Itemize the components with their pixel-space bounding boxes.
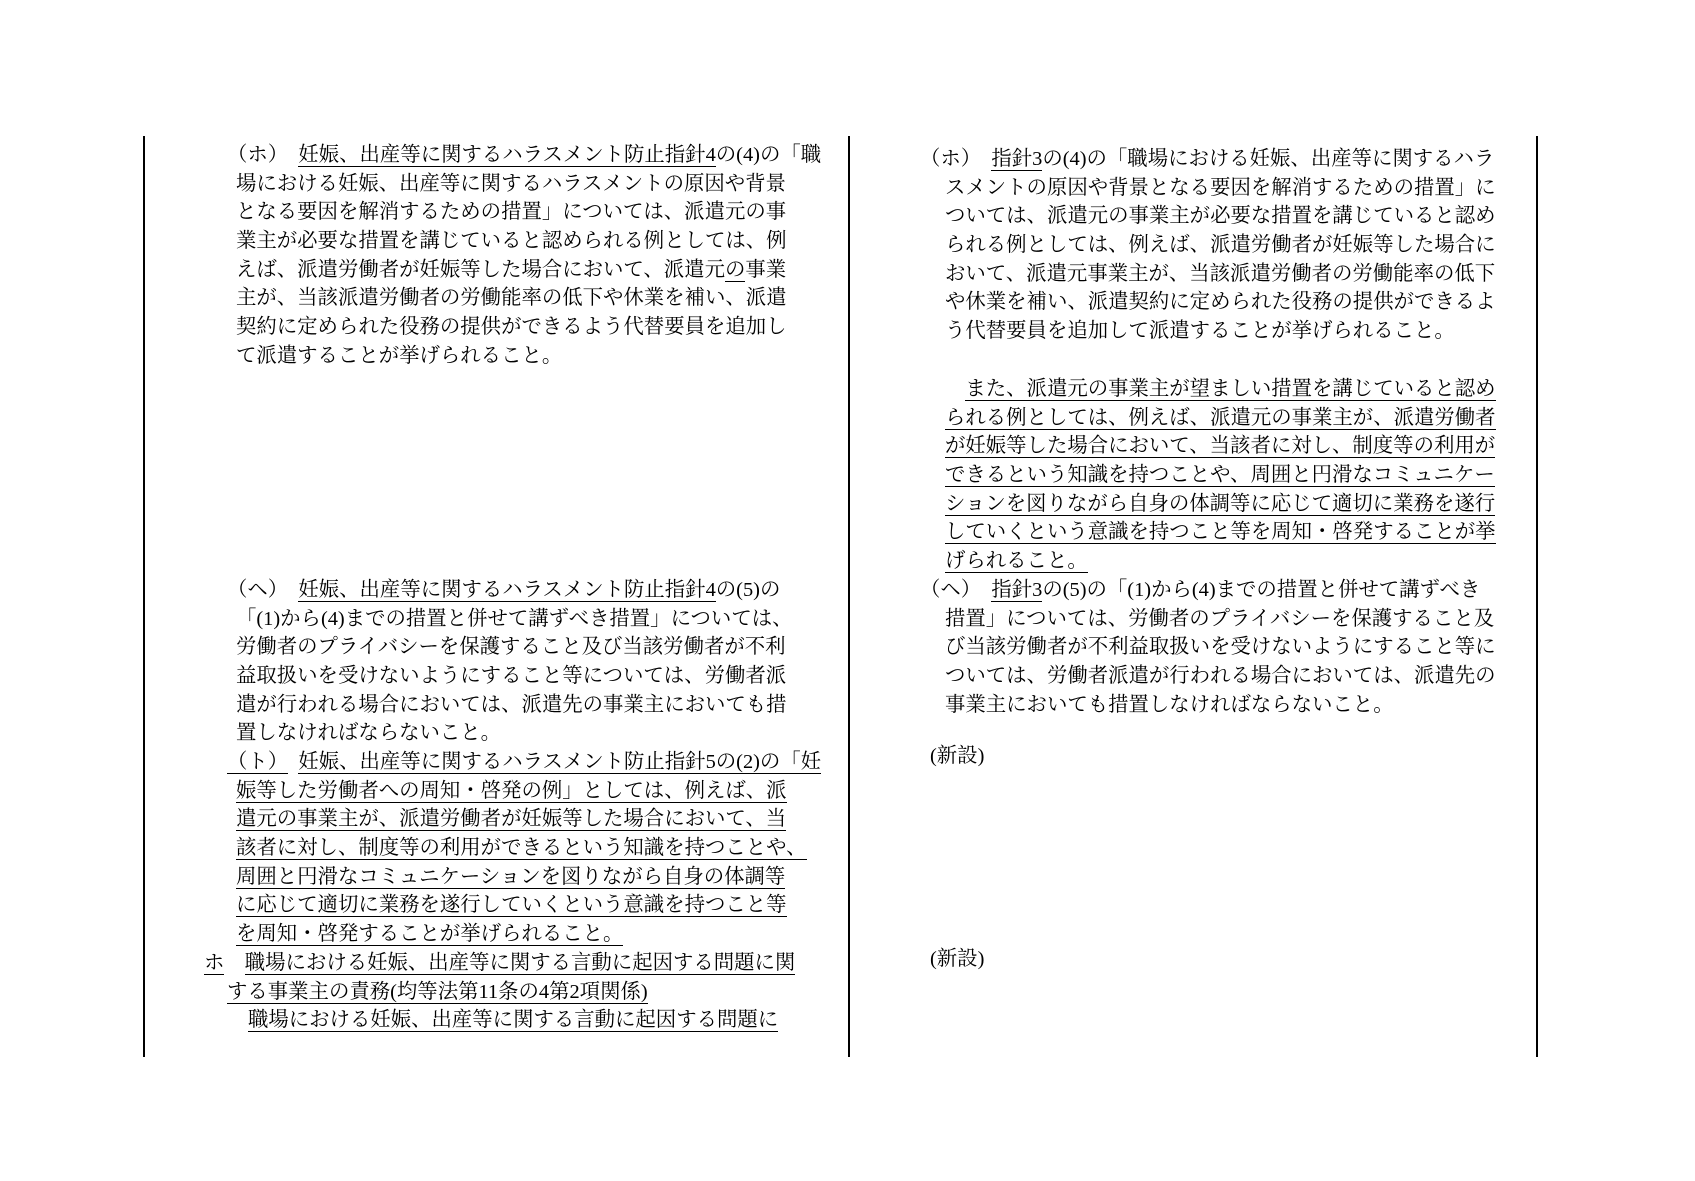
text-line: られる例としては、例えば、派遣労働者が妊娠等した場合に: [0, 231, 1695, 260]
text-run: [945, 378, 965, 400]
text-line: 事業主においても措置しなければならないこと。: [0, 691, 1695, 720]
inserted-underlined-text: できるという知識を持つことや、周囲と円滑なコミュニケー: [945, 464, 1495, 487]
inserted-underlined-text: を周知・啓発することが挙げられること。: [236, 923, 623, 946]
text-run: て派遣することが挙げられること。: [236, 345, 562, 367]
text-run: や休業を補い、派遣契約に定められた役務の提供ができるよ: [945, 291, 1496, 313]
text-line: (新設): [0, 945, 1695, 974]
text-run: （ヘ）: [920, 579, 991, 601]
text-run: の(4)の「職場における妊娠、出産等に関するハラ: [1042, 148, 1494, 170]
text-line: て派遣することが挙げられること。: [0, 342, 1695, 371]
text-run: 事業主においても措置しなければならないこと。: [945, 694, 1394, 716]
text-line: ついては、労働者派遣が行われる場合においては、派遣先の: [0, 662, 1695, 691]
comparison-table-page: （ホ） 妊娠、出産等に関するハラスメント防止指針4の(4)の「職場における妊娠、…: [0, 0, 1695, 1181]
text-run: られる例としては、例えば、派遣労働者が妊娠等した場合に: [945, 234, 1496, 256]
new-provision-label-2: (新設): [0, 945, 1695, 974]
right-paragraph-mata: また、派遣元の事業主が望ましい措置を講じていると認められる例としては、例えば、派…: [0, 375, 1695, 576]
text-run: (新設): [930, 948, 984, 970]
right-paragraph-item-he: （ヘ） 指針3の(5)の「(1)から(4)までの措置と併せて講ずべき措置」につい…: [0, 576, 1695, 719]
text-run: (新設): [930, 745, 984, 767]
text-line: ついては、派遣元の事業主が必要な措置を講じていると認め: [0, 202, 1695, 231]
text-line: また、派遣元の事業主が望ましい措置を講じていると認め: [0, 375, 1695, 404]
inserted-underlined-text: していくという意識を持つこと等を周知・啓発することが挙: [945, 521, 1496, 544]
text-run: スメントの原因や背景となる要因を解消するための措置」に: [945, 177, 1496, 199]
text-run: ついては、労働者派遣が行われる場合においては、派遣先の: [945, 665, 1496, 687]
text-run: う代替要員を追加して派遣することが挙げられること。: [945, 320, 1455, 342]
text-line: 職場における妊娠、出産等に関する言動に起因する問題に: [0, 1006, 1695, 1035]
inserted-underlined-text: する事業主の責務(均等法第11条の4第2項関係): [227, 981, 648, 1004]
text-line: 措置」については、労働者のプライバシーを保護すること及: [0, 605, 1695, 634]
text-line: していくという意識を持つこと等を周知・啓発することが挙: [0, 518, 1695, 547]
text-line: や休業を補い、派遣契約に定められた役務の提供ができるよ: [0, 288, 1695, 317]
text-run: び当該労働者が不利益取扱いを受けないようにすること等に: [945, 636, 1496, 658]
inserted-underlined-text: 該者に対し、制度等の利用ができるという知識を持つことや、: [236, 837, 807, 860]
text-run: ついては、派遣元の事業主が必要な措置を講じていると認め: [945, 205, 1496, 227]
inserted-underlined-text: また、派遣元の事業主が望ましい措置を講じていると認め: [965, 378, 1495, 401]
inserted-underlined-text: られる例としては、例えば、派遣元の事業主が、派遣労働者: [945, 407, 1496, 430]
text-line: 遣元の事業主が、派遣労働者が妊娠等した場合において、当: [0, 805, 1695, 834]
text-run: の(5)の「(1)から(4)までの措置と併せて講ずべき: [1042, 579, 1480, 601]
text-line: する事業主の責務(均等法第11条の4第2項関係): [0, 978, 1695, 1007]
text-line: （ヘ） 指針3の(5)の「(1)から(4)までの措置と併せて講ずべき: [0, 576, 1695, 605]
text-line: ションを図りながら自身の体調等に応じて適切に業務を遂行: [0, 490, 1695, 519]
inserted-underlined-text: に応じて適切に業務を遂行していくという意識を持つこと等: [236, 894, 787, 917]
inserted-underlined-text: 指針3: [991, 148, 1042, 171]
text-line: スメントの原因や背景となる要因を解消するための措置」に: [0, 174, 1695, 203]
text-line: (新設): [0, 742, 1695, 771]
text-line: られる例としては、例えば、派遣元の事業主が、派遣労働者: [0, 404, 1695, 433]
right-paragraph-item-ho: （ホ） 指針3の(4)の「職場における妊娠、出産等に関するハラスメントの原因や背…: [0, 145, 1695, 346]
inserted-underlined-text: が妊娠等した場合において、当該者に対し、制度等の利用が: [945, 435, 1495, 458]
inserted-underlined-text: 職場における妊娠、出産等に関する言動に起因する問題に: [248, 1009, 778, 1032]
inserted-underlined-text: 周囲と円滑なコミュニケーションを図りながら自身の体調等: [236, 866, 785, 889]
inserted-underlined-text: げられること。: [945, 550, 1088, 573]
text-line: （ホ） 指針3の(4)の「職場における妊娠、出産等に関するハラ: [0, 145, 1695, 174]
text-line: う代替要員を追加して派遣することが挙げられること。: [0, 317, 1695, 346]
text-line: 娠等した労働者への周知・啓発の例」としては、例えば、派: [0, 777, 1695, 806]
text-line: できるという知識を持つことや、周囲と円滑なコミュニケー: [0, 461, 1695, 490]
text-line: に応じて適切に業務を遂行していくという意識を持つこと等: [0, 891, 1695, 920]
text-run: 措置」については、労働者のプライバシーを保護すること及: [945, 608, 1494, 630]
text-line: おいて、派遣元事業主が、当該派遣労働者の労働能率の低下: [0, 260, 1695, 289]
text-line: げられること。: [0, 547, 1695, 576]
left-paragraph-item-to: （ト） 妊娠、出産等に関するハラスメント防止指針5の(2)の「妊娠等した労働者へ…: [0, 748, 1695, 949]
text-line: が妊娠等した場合において、当該者に対し、制度等の利用が: [0, 432, 1695, 461]
text-line: び当該労働者が不利益取扱いを受けないようにすること等に: [0, 633, 1695, 662]
text-line: 該者に対し、制度等の利用ができるという知識を持つことや、: [0, 834, 1695, 863]
text-run: （ホ）: [920, 148, 991, 170]
inserted-underlined-text: 遣元の事業主が、派遣労働者が妊娠等した場合において、当: [236, 808, 786, 831]
inserted-underlined-text: 指針3: [991, 579, 1042, 602]
text-line: 周囲と円滑なコミュニケーションを図りながら自身の体調等: [0, 863, 1695, 892]
new-provision-label-1: (新設): [0, 742, 1695, 771]
text-run: おいて、派遣元事業主が、当該派遣労働者の労働能率の低下: [945, 263, 1495, 285]
inserted-underlined-text: 娠等した労働者への周知・啓発の例」としては、例えば、派: [236, 780, 787, 803]
inserted-underlined-text: ションを図りながら自身の体調等に応じて適切に業務を遂行: [945, 493, 1495, 516]
